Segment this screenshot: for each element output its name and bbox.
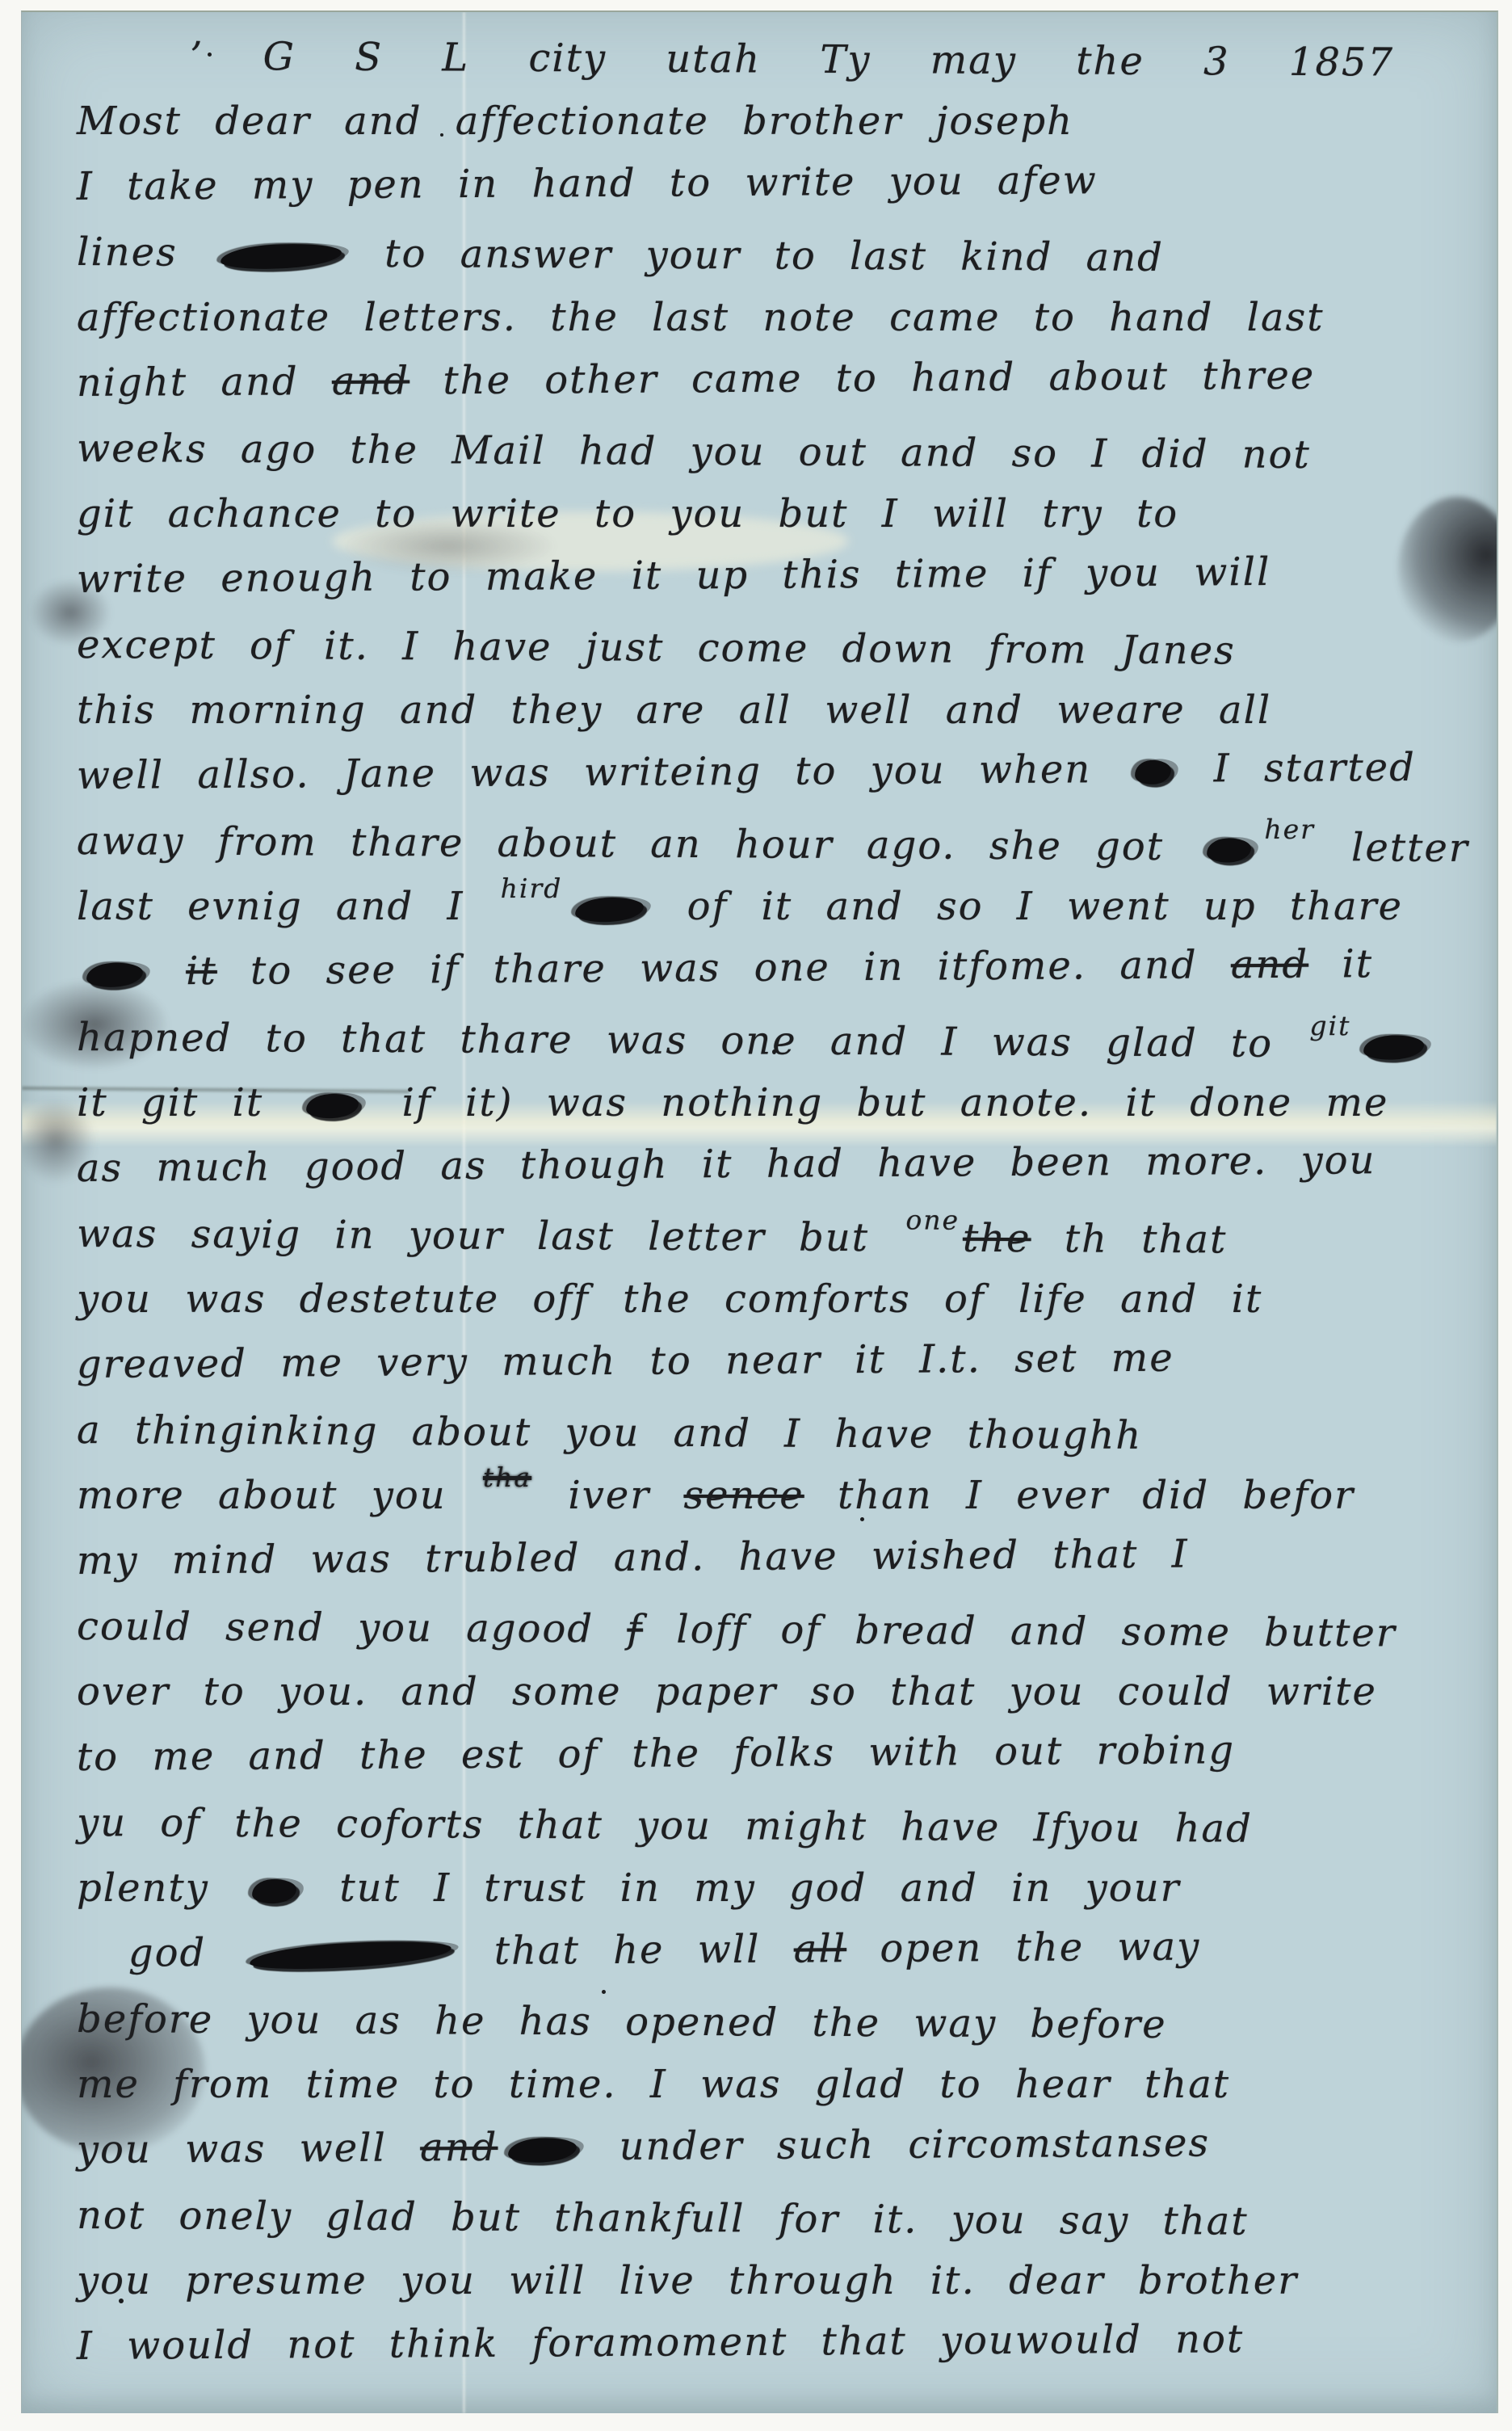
letter-text: yu of the coforts that you might have If… (77, 1800, 1253, 1852)
letter-line: lines to answer your to last kind and (77, 229, 1472, 302)
letter-text: write enough to make it up this time if … (77, 549, 1271, 602)
letter-line: affectionate letters. the last note came… (77, 295, 1472, 360)
letter-line: except of it. I have just come down from… (77, 622, 1472, 695)
letter-text: letter (1318, 825, 1469, 871)
letter-line: greaved me very much to near it I.t. set… (77, 1333, 1472, 1407)
letter-line: Most dear and affectionate brother josep… (77, 99, 1472, 164)
letter-line: away from thare about an hour ago. she g… (77, 818, 1472, 891)
ink-blot (306, 1092, 359, 1119)
letter-line: this morning and they are all well and w… (77, 688, 1472, 753)
letter-text: well allso. Jane was writeing to you whe… (77, 747, 1125, 798)
letter-text: more about you (77, 1473, 480, 1518)
letter-line: last evnig and I hird of it and so I wen… (77, 884, 1472, 949)
letter-text: was sayig in your last letter but (77, 1211, 903, 1260)
letter-text: my mind was trubled and. have wished tha… (77, 1532, 1189, 1584)
letter-body: ’ G S L city utah Ty may the 3 1857Most … (77, 33, 1472, 2389)
letter-text: it (1308, 941, 1373, 986)
ink-blot (86, 961, 144, 988)
letter-text: it git it (77, 1080, 296, 1125)
letter-text: loff of bread and some butter (643, 1607, 1396, 1656)
letter-text: last evnig and I (77, 884, 498, 929)
letter-line: it to see if thare was one in itfome. an… (77, 940, 1472, 1015)
letter-text: I would not think foramoment that youwou… (77, 2316, 1245, 2369)
ink-blot (575, 895, 645, 923)
letter-text: I take my pen in hand to write you afew (77, 158, 1098, 209)
letter-text: me from time to time. I was glad to hear… (77, 2062, 1230, 2107)
ink-blot (1363, 1033, 1425, 1060)
letter-text (153, 948, 187, 994)
letter-line: a thinginking about you and I have thoug… (77, 1407, 1472, 1480)
letter-text: th that (1031, 1216, 1227, 1262)
letter-line: I would not think foramoment that youwou… (77, 2315, 1472, 2389)
letter-paper: ’ G S L city utah Ty may the 3 1857Most … (21, 11, 1498, 2413)
letter-line: I take my pen in hand to write you afew (77, 155, 1472, 229)
letter-text: of it and so I went up thare (653, 884, 1403, 929)
letter-text: weeks ago the Mail had you out and so I … (77, 426, 1311, 477)
letter-text: to see if thare was one in itfome. and (217, 942, 1231, 994)
inserted-word: git (1309, 1010, 1350, 1041)
letter-text: not onely glad but thankfull for it. you… (77, 2193, 1249, 2244)
struck-word: and (420, 2125, 498, 2171)
letter-text: open the way (846, 1924, 1200, 1972)
struck-word: it (186, 948, 217, 994)
letter-line: hapned to that thare was one and I was g… (77, 1015, 1472, 1087)
letter-text: greaved me very much to near it I.t. set… (77, 1335, 1174, 1387)
letter-text: I started (1180, 745, 1416, 792)
letter-text: under such circomstanses (586, 2120, 1210, 2169)
ink-blot (1207, 837, 1252, 864)
letter-line: god that he wll all open the way (77, 1922, 1472, 1996)
letter-text: lines (77, 229, 211, 275)
letter-text: the other came to hand about three (409, 353, 1315, 404)
struck-word: f (627, 1607, 643, 1652)
struck-insertion: tha (483, 1462, 531, 1493)
letter-line: over to you. and some paper so that you … (77, 1669, 1472, 1735)
letter-text: a thinginking about you and I have thoug… (77, 1407, 1142, 1458)
letter-text: that he wll (460, 1927, 794, 1975)
letter-line: you presume you will live through it. de… (77, 2258, 1472, 2324)
letter-text: before you as he has opened the way befo… (77, 1996, 1167, 2047)
scanned-letter-page: { "page": { "background_color": "#f8f8f4… (0, 0, 1512, 2431)
letter-line: as much good as though it had have been … (77, 1137, 1472, 1211)
letter-line: ’ G S L city utah Ty may the 3 1857 (77, 33, 1472, 106)
letter-text: than I ever did befor (804, 1473, 1354, 1518)
letter-text: ’ G S L city utah Ty may the 3 1857 (190, 34, 1394, 86)
letter-text: affectionate letters. the last note came… (77, 295, 1325, 340)
letter-text: this morning and they are all well and w… (77, 688, 1271, 733)
letter-line: was sayig in your last letter but onethe… (77, 1211, 1472, 1284)
letter-text: you presume you will live through it. de… (77, 2258, 1298, 2303)
ink-blot (249, 1937, 451, 1973)
letter-text: if it) was nothing but anote. it done me (368, 1080, 1388, 1125)
letter-line: plenty tut I trust in my god and in your (77, 1865, 1472, 1931)
letter-text: iver (535, 1473, 683, 1518)
letter-text: git achance to write to you but I will t… (77, 491, 1178, 536)
letter-line: git achance to write to you but I will t… (77, 491, 1472, 557)
letter-text: could send you agood (77, 1604, 628, 1652)
ink-blot (1134, 759, 1172, 785)
letter-line: yu of the coforts that you might have If… (77, 1800, 1472, 1873)
letter-text: hapned to that thare was one and I was g… (77, 1015, 1307, 1066)
inserted-word: hird (501, 873, 563, 904)
struck-word: and (1231, 942, 1309, 988)
letter-line: before you as he has opened the way befo… (77, 1996, 1472, 2069)
struck-word: and (332, 358, 410, 404)
letter-line: well allso. Jane was writeing to you whe… (77, 744, 1472, 818)
letter-text: tut I trust in my god and in your (306, 1865, 1181, 1911)
letter-line: me from time to time. I was glad to hear… (77, 2062, 1472, 2127)
letter-text: except of it. I have just come down from… (77, 622, 1236, 674)
letter-text: god (128, 1930, 240, 1976)
letter-text: you was destetute off the comforts of li… (77, 1276, 1262, 1322)
letter-line: you was destetute off the comforts of li… (77, 1276, 1472, 1342)
struck-word: the (963, 1216, 1031, 1261)
letter-line: more about you tha iver sence than I eve… (77, 1473, 1472, 1538)
letter-text: plenty (77, 1865, 242, 1911)
ink-blot (220, 241, 342, 271)
struck-word: sence (683, 1473, 804, 1518)
letter-line: could send you agood f loff of bread and… (77, 1604, 1472, 1676)
letter-text: night and (77, 359, 332, 406)
letter-text: as much good as though it had have been … (77, 1138, 1376, 1191)
letter-line: weeks ago the Mail had you out and so I … (77, 426, 1472, 498)
letter-text: to answer your to last kind and (351, 231, 1164, 280)
letter-line: it git it if it) was nothing but anote. … (77, 1080, 1472, 1146)
letter-text: to me and the est of the folks with out … (77, 1727, 1236, 1780)
letter-line: to me and the est of the folks with out … (77, 1726, 1472, 1800)
letter-line: night and and the other came to hand abo… (77, 351, 1472, 426)
letter-text: over to you. and some paper so that you … (77, 1669, 1377, 1714)
inserted-word: her (1264, 814, 1315, 845)
letter-line: you was well and under such circomstanse… (77, 2118, 1472, 2193)
letter-line: write enough to make it up this time if … (77, 548, 1472, 622)
letter-text: Most dear and affectionate brother josep… (77, 99, 1073, 144)
struck-word: all (794, 1926, 847, 1971)
letter-line: my mind was trubled and. have wished tha… (77, 1529, 1472, 1604)
inserted-word: one (905, 1204, 960, 1235)
letter-text: you was well (77, 2125, 421, 2172)
ink-blot (251, 1878, 296, 1904)
letter-line: not onely glad but thankfull for it. you… (77, 2193, 1472, 2265)
letter-text: away from thare about an hour ago. she g… (77, 818, 1198, 869)
ink-blot (507, 2136, 577, 2164)
